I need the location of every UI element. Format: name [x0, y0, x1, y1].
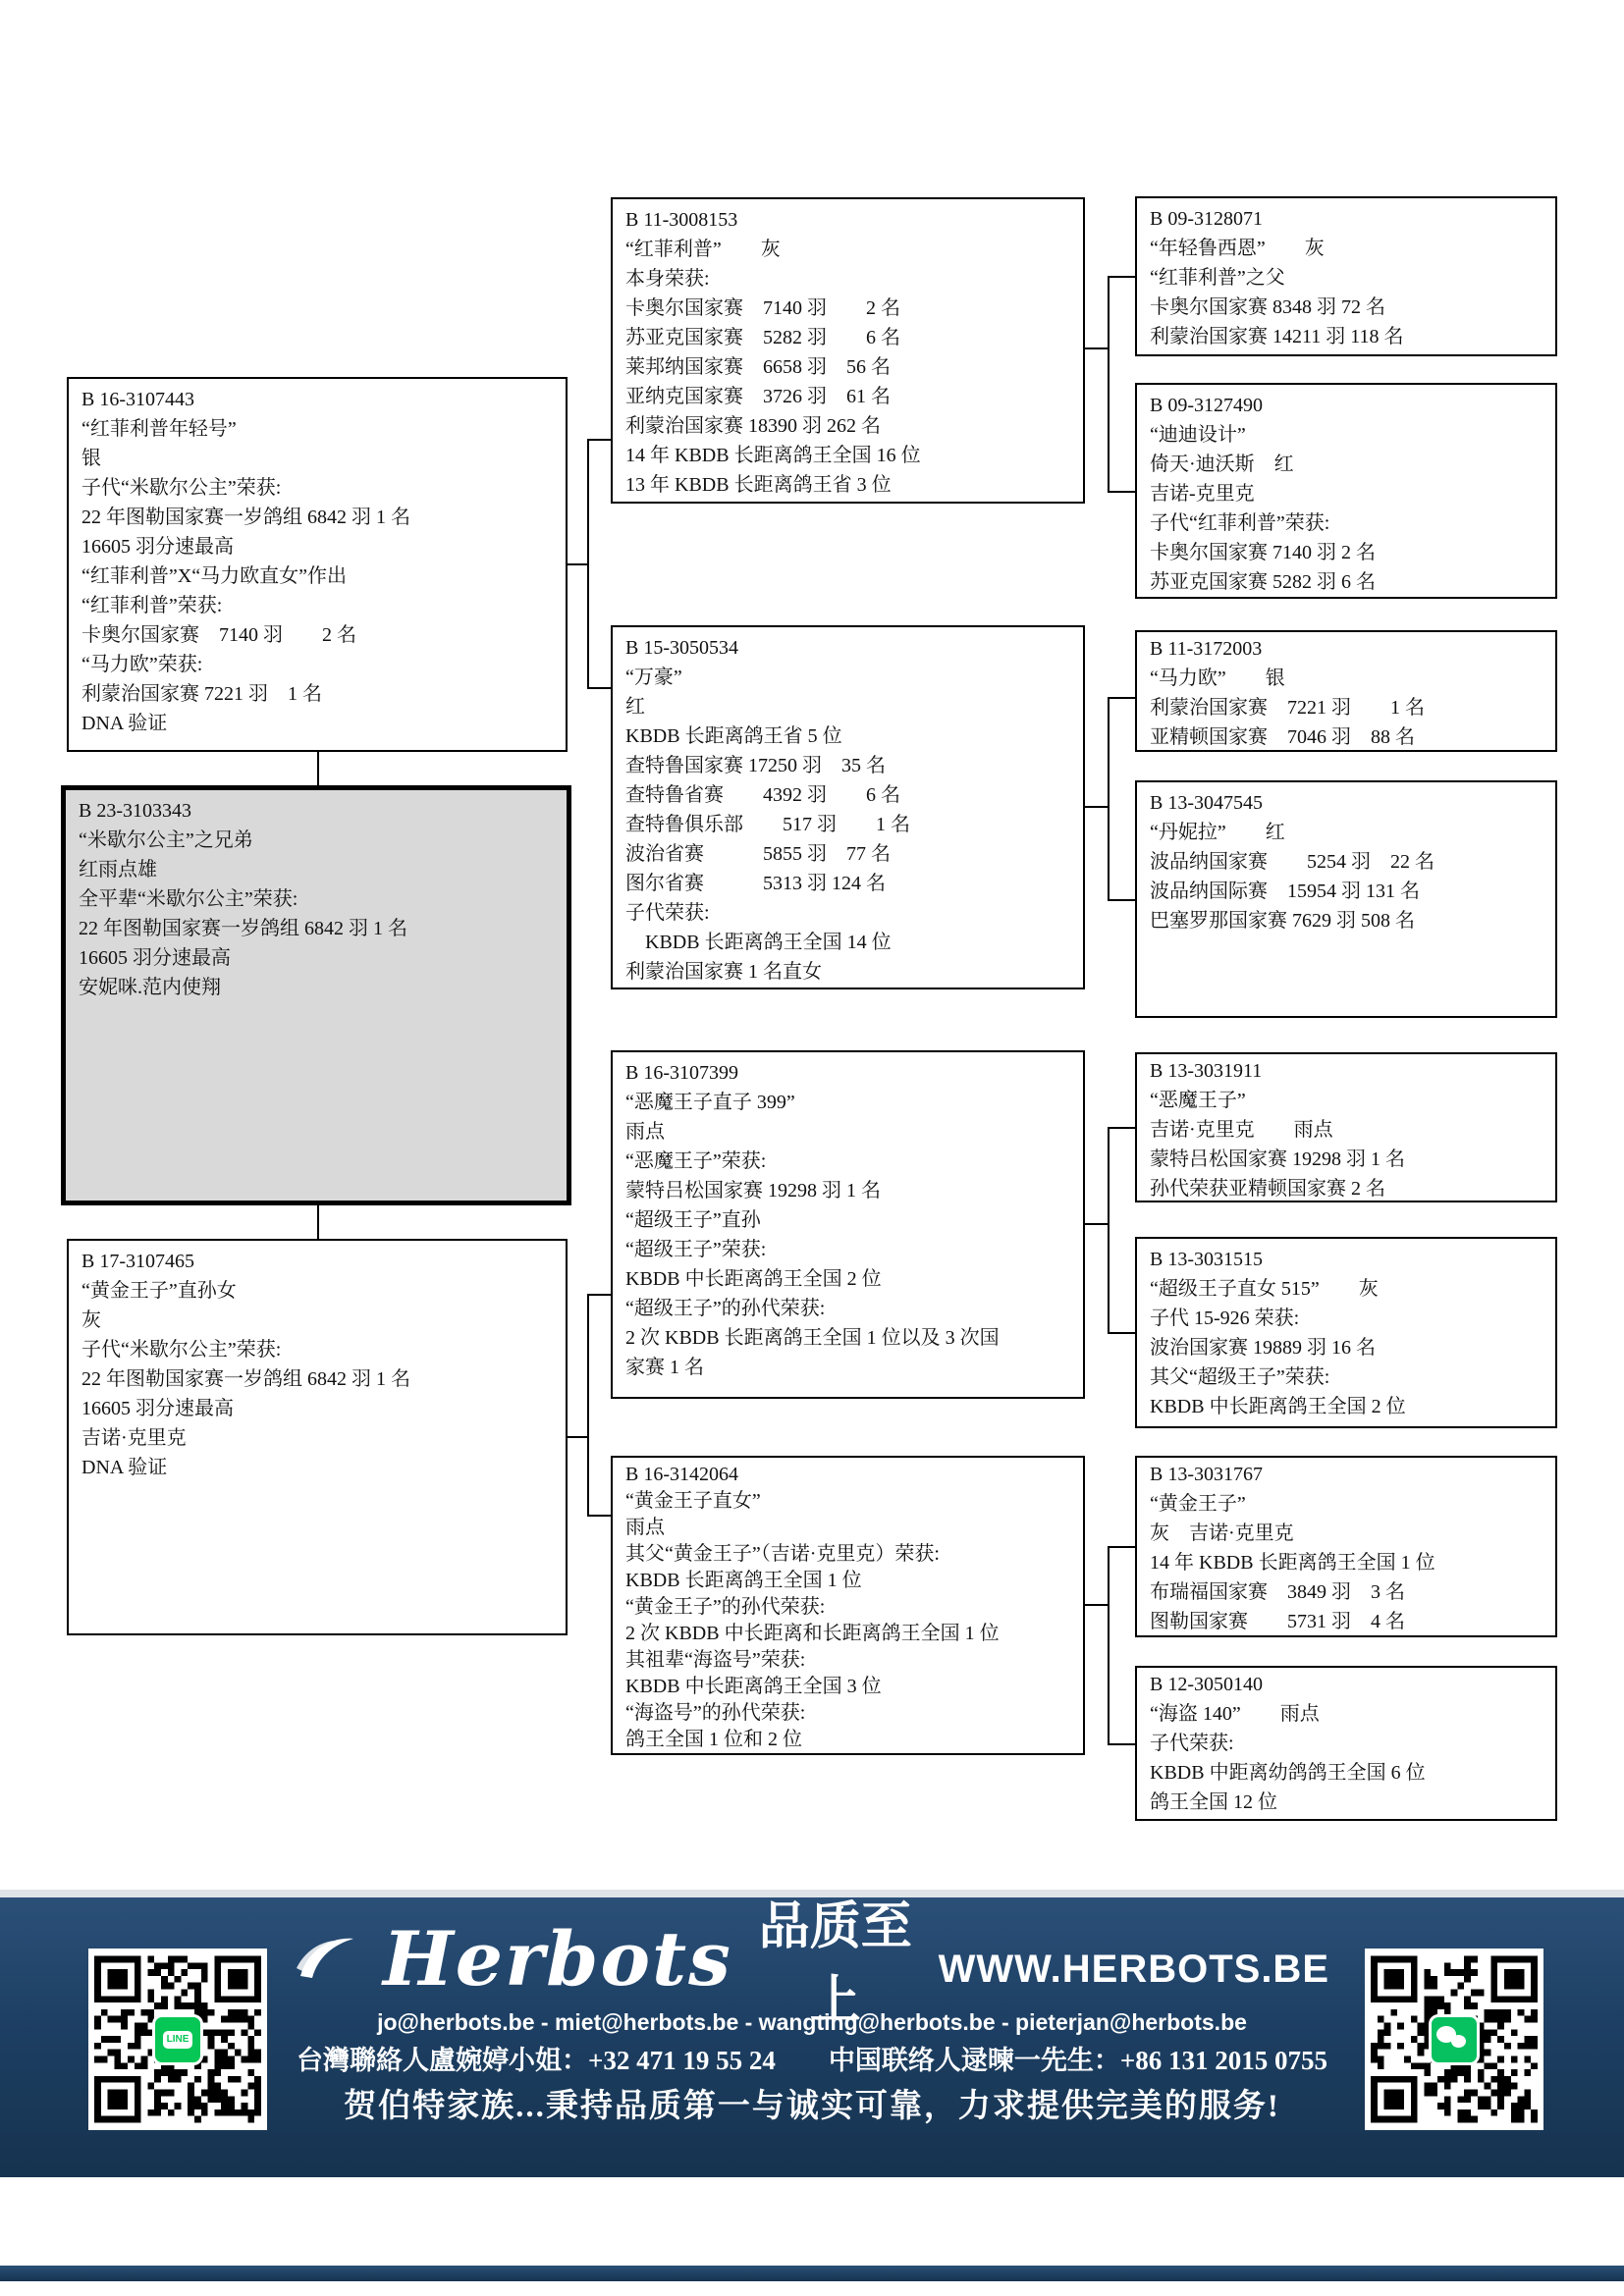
pedigree-line: 雨点: [625, 1515, 1075, 1541]
connector-line: [587, 439, 611, 441]
pedigree-line: “万豪”: [625, 663, 1075, 692]
wechat-qr-code: [1365, 1949, 1543, 2130]
pedigree-line: 子代“米歇尔公主”荣获:: [81, 1335, 558, 1364]
connector-line: [1108, 1743, 1135, 1745]
pedigree-line: 16605 羽分速最高: [79, 943, 559, 973]
pedigree-line: 16605 羽分速最高: [81, 1394, 558, 1423]
connector-line: [1108, 276, 1135, 278]
pedigree-line: 利蒙治国家赛 7221 羽 1 名: [1150, 693, 1547, 722]
pedigree-line: “红菲利普”X“马力欧直女”作出: [81, 561, 558, 591]
pedigree-line: B 13-3031911: [1150, 1056, 1547, 1086]
pedigree-line: 布瑞福国家赛 3849 羽 3 名: [1150, 1577, 1547, 1607]
pedigree-line: 22 年图勒国家赛一岁鸽组 6842 羽 1 名: [79, 914, 559, 943]
pedigree-line: KBDB 中长距离鸽王全国 2 位: [625, 1264, 1075, 1294]
line-qr-code: LINE: [88, 1949, 267, 2130]
pedigree-line: B 09-3127490: [1150, 391, 1547, 420]
connector-line: [1108, 697, 1135, 699]
pedigree-line: 22 年图勒国家赛一岁鸽组 6842 羽 1 名: [81, 1364, 558, 1394]
pedigree-box-great-grandparent-4: B 13-3047545“丹妮拉” 红波品纳国家赛 5254 羽 22 名波品纳…: [1135, 780, 1557, 1018]
pedigree-line: 卡奥尔国家赛 7140 羽 2 名: [81, 620, 558, 650]
pedigree-line: “海盗 140” 雨点: [1150, 1699, 1547, 1729]
pedigree-line: “超级王子”直孙: [625, 1205, 1075, 1235]
pedigree-line: 倚天·迪沃斯 红: [1150, 450, 1547, 479]
pedigree-line: “超级王子直女 515” 灰: [1150, 1274, 1547, 1304]
pedigree-line: 蒙特吕松国家赛 19298 羽 1 名: [625, 1176, 1075, 1205]
pedigree-line: 蒙特吕松国家赛 19298 羽 1 名: [1150, 1145, 1547, 1174]
pedigree-line: “黄金王子”直孙女: [81, 1276, 558, 1306]
pedigree-line: 家赛 1 名: [625, 1353, 1075, 1382]
pedigree-line: “马力欧”荣获:: [81, 650, 558, 679]
pedigree-line: “马力欧” 银: [1150, 664, 1547, 693]
pedigree-line: 14 年 KBDB 长距离鸽王全国 1 位: [1150, 1548, 1547, 1577]
pedigree-line: KBDB 中长距离鸽王全国 2 位: [1150, 1392, 1547, 1421]
pedigree-line: 苏亚克国家赛 5282 羽 6 名: [1150, 567, 1547, 597]
pedigree-line: 子代“红菲利普”荣获:: [1150, 508, 1547, 538]
pedigree-line: 查特鲁省赛 4392 羽 6 名: [625, 780, 1075, 810]
pedigree-box-great-grandparent-6: B 13-3031515“超级王子直女 515” 灰子代 15-926 荣获:波…: [1135, 1237, 1557, 1428]
connector-line: [1108, 1127, 1110, 1334]
wechat-icon: [1429, 2014, 1480, 2065]
pedigree-line: 吉诺·克里克 雨点: [1150, 1115, 1547, 1145]
pedigree-line: B 12-3050140: [1150, 1670, 1547, 1699]
pedigree-line: 亚纳克国家赛 3726 羽 61 名: [625, 382, 1075, 411]
connector-line: [1108, 697, 1110, 901]
pedigree-line: 本身荣获:: [625, 264, 1075, 294]
footer-brand-row: Herbots 品质至上 WWW.HERBOTS.BE: [295, 1911, 1329, 2005]
pedigree-line: 苏亚克国家赛 5282 羽 6 名: [625, 323, 1075, 352]
pedigree-line: B 17-3107465: [81, 1247, 558, 1276]
pedigree-line: 子代荣获:: [625, 898, 1075, 928]
pedigree-line: 红雨点雄: [79, 855, 559, 884]
pedigree-box-great-grandparent-5: B 13-3031911“恶魔王子”吉诺·克里克 雨点蒙特吕松国家赛 19298…: [1135, 1052, 1557, 1202]
pedigree-line: “红菲利普年轻号”: [81, 414, 558, 444]
pedigree-line: “恶魔王子”: [1150, 1086, 1547, 1115]
pedigree-line: “黄金王子”: [1150, 1489, 1547, 1519]
pedigree-line: KBDB 中距离幼鸽鸽王全国 6 位: [1150, 1758, 1547, 1788]
pedigree-line: 利蒙治国家赛 18390 羽 262 名: [625, 411, 1075, 441]
bottom-border-strip: [0, 2266, 1624, 2281]
connector-line: [317, 1205, 319, 1239]
pedigree-line: “红菲利普” 灰: [625, 235, 1075, 264]
pedigree-line: 波治国家赛 19889 羽 16 名: [1150, 1333, 1547, 1362]
pedigree-line: “恶魔王子直子 399”: [625, 1088, 1075, 1117]
pedigree-line: 利蒙治国家赛 1 名直女: [625, 957, 1075, 987]
pedigree-box-great-grandparent-3: B 11-3172003“马力欧” 银利蒙治国家赛 7221 羽 1 名亚精顿国…: [1135, 630, 1557, 752]
pedigree-line: 灰: [81, 1306, 558, 1335]
pedigree-line: DNA 验证: [81, 709, 558, 738]
connector-line: [1108, 1127, 1135, 1129]
pedigree-line: 2 次 KBDB 长距离鸽王全国 1 位以及 3 次国: [625, 1323, 1075, 1353]
pedigree-line: 红: [625, 692, 1075, 721]
connector-line: [1108, 1332, 1135, 1334]
footer-center: Herbots 品质至上 WWW.HERBOTS.BE jo@herbots.b…: [295, 1911, 1329, 2131]
pedigree-line: 孙代荣获亚精顿国家赛 2 名: [1150, 1174, 1547, 1202]
pedigree-line: B 13-3047545: [1150, 788, 1547, 818]
pedigree-line: “年轻鲁西恩” 灰: [1150, 234, 1547, 263]
pedigree-line: 雨点: [625, 1117, 1075, 1147]
pedigree-box-grandmother-paternal: B 15-3050534“万豪”红KBDB 长距离鸽王省 5 位查特鲁国家赛 1…: [611, 625, 1085, 989]
connector-line: [587, 1294, 589, 1517]
pedigree-line: B 11-3008153: [625, 205, 1075, 235]
pedigree-line: 亚精顿国家赛 7046 羽 88 名: [1150, 722, 1547, 752]
pedigree-line: 鸽王全国 12 位: [1150, 1788, 1547, 1817]
pedigree-line: “红菲利普”之父: [1150, 263, 1547, 293]
pedigree-line: 子代“米歇尔公主”荣获:: [81, 473, 558, 503]
pedigree-line: KBDB 长距离鸽王省 5 位: [625, 721, 1075, 751]
connector-line: [1085, 1223, 1110, 1225]
pedigree-line: 2 次 KBDB 中长距离和长距离鸽王全国 1 位: [625, 1621, 1075, 1647]
pedigree-line: B 23-3103343: [79, 796, 559, 826]
pedigree-line: 波品纳国家赛 5254 羽 22 名: [1150, 847, 1547, 877]
pedigree-line: 波治省赛 5855 羽 77 名: [625, 839, 1075, 869]
connector-line: [1085, 347, 1110, 349]
pedigree-line: 卡奥尔国家赛 7140 羽 2 名: [625, 294, 1075, 323]
feather-logo-icon: [295, 1933, 357, 1984]
pedigree-line: 子代荣获:: [1150, 1729, 1547, 1758]
line-icon: LINE: [152, 2014, 203, 2065]
pedigree-box-great-grandparent-1: B 09-3128071“年轻鲁西恩” 灰“红菲利普”之父卡奥尔国家赛 8348…: [1135, 196, 1557, 356]
pedigree-line: 其祖辈“海盗号”荣获:: [625, 1647, 1075, 1674]
connector-line: [1108, 491, 1135, 493]
connector-line: [568, 563, 589, 565]
pedigree-box-mother: B 17-3107465“黄金王子”直孙女灰子代“米歇尔公主”荣获:22 年图勒…: [67, 1239, 568, 1635]
pedigree-line: “超级王子”荣获:: [625, 1235, 1075, 1264]
pedigree-line: 吉诺·克里克: [81, 1423, 558, 1453]
pedigree-line: 全平辈“米歇尔公主”荣获:: [79, 884, 559, 914]
connector-line: [1108, 1546, 1135, 1548]
pedigree-line: “黄金王子直女”: [625, 1488, 1075, 1515]
pedigree-line: 吉诺-克里克: [1150, 479, 1547, 508]
pedigree-line: 利蒙治国家赛 14211 羽 118 名: [1150, 322, 1547, 351]
pedigree-line: 14 年 KBDB 长距离鸽王全国 16 位: [625, 441, 1075, 470]
footer-banner: LINE Herbots 品质至上 WWW.HERBOTS.BE jo@herb…: [0, 1897, 1624, 2177]
pedigree-box-great-grandparent-7: B 13-3031767“黄金王子”灰 吉诺·克里克14 年 KBDB 长距离鸽…: [1135, 1456, 1557, 1637]
pedigree-box-great-grandparent-8: B 12-3050140“海盗 140” 雨点子代荣获:KBDB 中距离幼鸽鸽王…: [1135, 1666, 1557, 1821]
website-url: WWW.HERBOTS.BE: [939, 1948, 1329, 2005]
pedigree-line: 图尔省赛 5313 羽 124 名: [625, 869, 1075, 898]
connector-line: [587, 1294, 611, 1296]
pedigree-box-grandfather-paternal: B 11-3008153“红菲利普” 灰本身荣获:卡奥尔国家赛 7140 羽 2…: [611, 197, 1085, 504]
pedigree-line: KBDB 长距离鸽王全国 1 位: [625, 1568, 1075, 1594]
pedigree-box-great-grandparent-2: B 09-3127490“迪迪设计”倚天·迪沃斯 红吉诺-克里克子代“红菲利普”…: [1135, 383, 1557, 599]
pedigree-box-grandfather-maternal: B 16-3107399“恶魔王子直子 399”雨点“恶魔王子”荣获:蒙特吕松国…: [611, 1050, 1085, 1399]
pedigree-line: 银: [81, 444, 558, 473]
pedigree-line: 卡奥尔国家赛 7140 羽 2 名: [1150, 538, 1547, 567]
pedigree-line: KBDB 长距离鸽王全国 14 位: [625, 928, 1075, 957]
connector-line: [587, 1515, 611, 1517]
pedigree-line: B 15-3050534: [625, 633, 1075, 663]
pedigree-line: 子代 15-926 荣获:: [1150, 1304, 1547, 1333]
pedigree-line: 利蒙治国家赛 7221 羽 1 名: [81, 679, 558, 709]
pedigree-line: “迪迪设计”: [1150, 420, 1547, 450]
pedigree-line: KBDB 中长距离鸽王全国 3 位: [625, 1674, 1075, 1700]
connector-line: [587, 439, 589, 689]
pedigree-line: B 16-3107399: [625, 1058, 1075, 1088]
pedigree-line: “丹妮拉” 红: [1150, 818, 1547, 847]
pedigree-line: 16605 羽分速最高: [81, 532, 558, 561]
pedigree-line: 查特鲁国家赛 17250 羽 35 名: [625, 751, 1075, 780]
footer-emails: jo@herbots.be - miet@herbots.be - wangti…: [295, 2005, 1329, 2039]
pedigree-line: “超级王子”的孙代荣获:: [625, 1294, 1075, 1323]
pedigree-line: 卡奥尔国家赛 8348 羽 72 名: [1150, 293, 1547, 322]
pedigree-line: 13 年 KBDB 长距离鸽王省 3 位: [625, 470, 1075, 500]
pedigree-line: 其父“黄金王子”（吉诺·克里克）荣获:: [625, 1541, 1075, 1568]
pedigree-line: 鸽王全国 1 位和 2 位: [625, 1727, 1075, 1753]
pedigree-line: B 09-3128071: [1150, 204, 1547, 234]
pedigree-line: 安妮咪.范内使翔: [79, 973, 559, 1002]
pedigree-line: “米歇尔公主”之兄弟: [79, 826, 559, 855]
brand-logo: Herbots: [383, 1915, 732, 2002]
pedigree-line: 22 年图勒国家赛一岁鸽组 6842 羽 1 名: [81, 503, 558, 532]
pedigree-page: B 16-3107443“红菲利普年轻号”银子代“米歇尔公主”荣获:22 年图勒…: [0, 0, 1624, 2296]
connector-line: [1085, 1604, 1110, 1606]
pedigree-line: 图勒国家赛 5731 羽 4 名: [1150, 1607, 1547, 1636]
pedigree-line: B 13-3031515: [1150, 1245, 1547, 1274]
pedigree-line: “恶魔王子”荣获:: [625, 1147, 1075, 1176]
connector-line: [1108, 899, 1135, 901]
footer-tagline: 贺伯特家族...秉持品质第一与诚实可靠，力求提供完美的服务!: [295, 2082, 1329, 2131]
pedigree-line: 莱邦纳国家赛 6658 羽 56 名: [625, 352, 1075, 382]
pedigree-line: B 13-3031767: [1150, 1460, 1547, 1489]
connector-line: [587, 687, 611, 689]
pedigree-line: 其父“超级王子”荣获:: [1150, 1362, 1547, 1392]
pedigree-box-main-bird: B 23-3103343“米歇尔公主”之兄弟红雨点雄全平辈“米歇尔公主”荣获:2…: [61, 785, 571, 1205]
connector-line: [1108, 1546, 1110, 1745]
pedigree-line: B 16-3107443: [81, 385, 558, 414]
connector-line: [1108, 276, 1110, 493]
footer-contacts: 台灣聯絡人盧婉婷小姐：+32 471 19 55 24 中国联络人逯暕一先生：+…: [295, 2039, 1329, 2082]
pedigree-line: “海盗号”的孙代荣获:: [625, 1700, 1075, 1727]
pedigree-line: “红菲利普”荣获:: [81, 591, 558, 620]
pedigree-box-father: B 16-3107443“红菲利普年轻号”银子代“米歇尔公主”荣获:22 年图勒…: [67, 377, 568, 752]
pedigree-box-grandmother-maternal: B 16-3142064“黄金王子直女”雨点其父“黄金王子”（吉诺·克里克）荣获…: [611, 1456, 1085, 1755]
pedigree-line: “黄金王子”的孙代荣获:: [625, 1594, 1075, 1621]
pedigree-line: 灰 吉诺·克里克: [1150, 1519, 1547, 1548]
pedigree-line: 查特鲁俱乐部 517 羽 1 名: [625, 810, 1075, 839]
pedigree-line: 波品纳国际赛 15954 羽 131 名: [1150, 877, 1547, 906]
pedigree-line: B 16-3142064: [625, 1462, 1075, 1488]
pedigree-line: 巴塞罗那国家赛 7629 羽 508 名: [1150, 906, 1547, 935]
pedigree-line: DNA 验证: [81, 1453, 558, 1482]
connector-line: [1085, 806, 1110, 808]
pedigree-line: B 11-3172003: [1150, 634, 1547, 664]
connector-line: [317, 752, 319, 785]
connector-line: [568, 1436, 589, 1438]
